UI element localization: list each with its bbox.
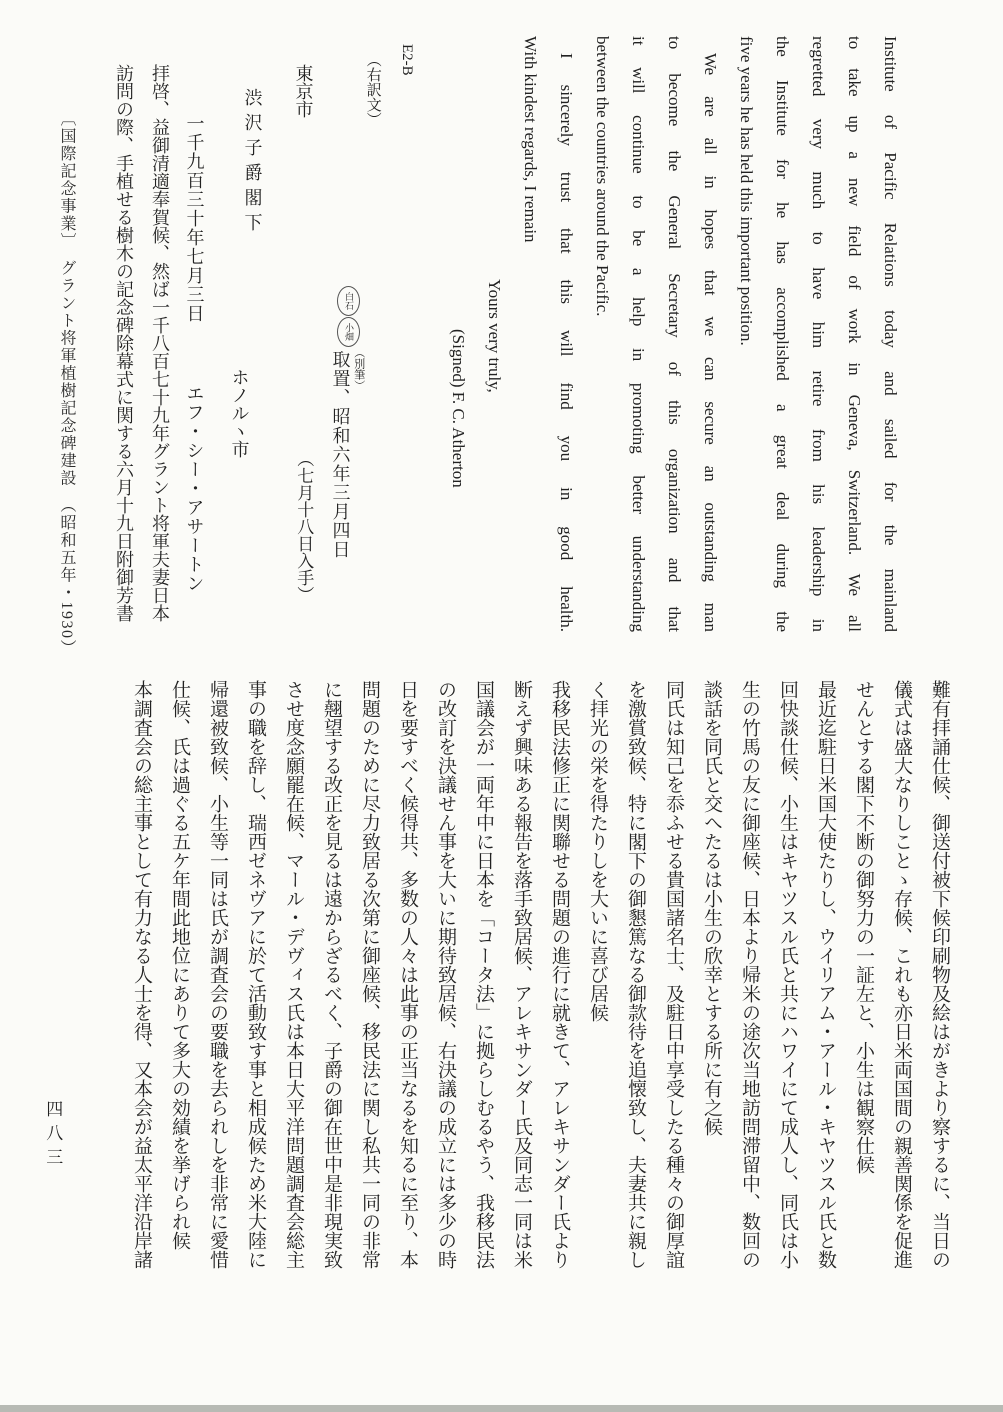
translation-note: （右訳文） [363,52,382,127]
seal-shiraishi-label: 白石 [344,292,353,310]
sender-city: ホノルヽ市 [228,368,251,458]
body-paragraph: 同氏は知己を忝ふせる貴国諸名士、及駐日中享受したる種々の御厚誼を激賞致候、特に閣… [578,680,692,1270]
document-label: E2-B [397,44,416,76]
document-page: 〔国際記念事業〕 グラント将軍植樹記念碑建設 （昭和五年・1930） 四八三 I… [0,0,1003,1412]
seal-shiraishi: 白石 [337,286,360,316]
letter-date: 一千九百三十年七月三日 [183,114,206,323]
filing-note: 取置、昭和六年三月四日 [329,350,352,559]
letter-body-opening: 拝啓、益御清適奉賀候、然ば一千八百七十九年グラント将軍夫妻日本訪問の際、手植せる… [106,64,178,624]
closing-line: Yours very truly, [476,36,512,632]
english-line: regretted very much to have him retire f… [800,36,836,632]
english-line: Institute of Pacific Relations today and… [872,36,908,632]
body-paragraph: 本調査会の総主事として有力なる人士を得、又本会が益太平洋沿岸諸 [122,680,160,1270]
body-paragraph: 最近迄駐日米国大使たりし、ウイリアム・アール・キヤツスル氏と数回快談仕候、小生は… [692,680,844,1270]
english-line: between the countries around the Pacific… [584,36,620,632]
sender-name: エフ・シー・アサートン [183,384,206,593]
english-line: it will continue to be a help in promoti… [620,36,656,632]
english-line: I sincerely trust that this will find yo… [548,36,584,632]
seal-obata: 小畑 [337,317,360,347]
seal-obata-label: 小畑 [344,323,353,341]
signature-line: (Signed) F. C. Atherton [440,36,476,632]
english-line: to become the General Secretary of this … [656,36,692,632]
page-number: 四八三 [42,1100,63,1172]
english-line: five years he has held this important po… [728,36,764,632]
english-line: to take up a new field of work in Geneva… [836,36,872,632]
body-paragraph: 我移民法修正に関聯せる問題の進行に就きて、アレキサンダー氏より断えず興味ある報告… [160,680,578,1270]
addressee-city: 東京市 [292,64,315,118]
body-paragraph: 難有拝誦仕候、御送付被下候印刷物及絵はがきより察するに、当日の儀式は盛大なりしこ… [844,680,958,1270]
running-title: 〔国際記念事業〕 グラント将軍植樹記念碑建設 （昭和五年・1930） [56,110,76,657]
addressee-name: 渋沢子爵閣下 [241,88,264,238]
received-note: （七月十八日入手） [293,450,314,603]
letter-body: 難有拝誦仕候、御送付被下候印刷物及絵はがきより察するに、当日の儀式は盛大なりしこ… [122,680,958,1270]
different-hand-note: （別筆） [351,347,365,391]
english-line: the Institute for he has accomplished a … [764,36,800,632]
english-line: We are all in hopes that we can secure a… [692,36,728,632]
english-letter: Institute of Pacific Relations today and… [440,36,908,632]
english-line: With kindest regards, I remain [512,36,548,632]
scan-edge [0,1405,1003,1412]
